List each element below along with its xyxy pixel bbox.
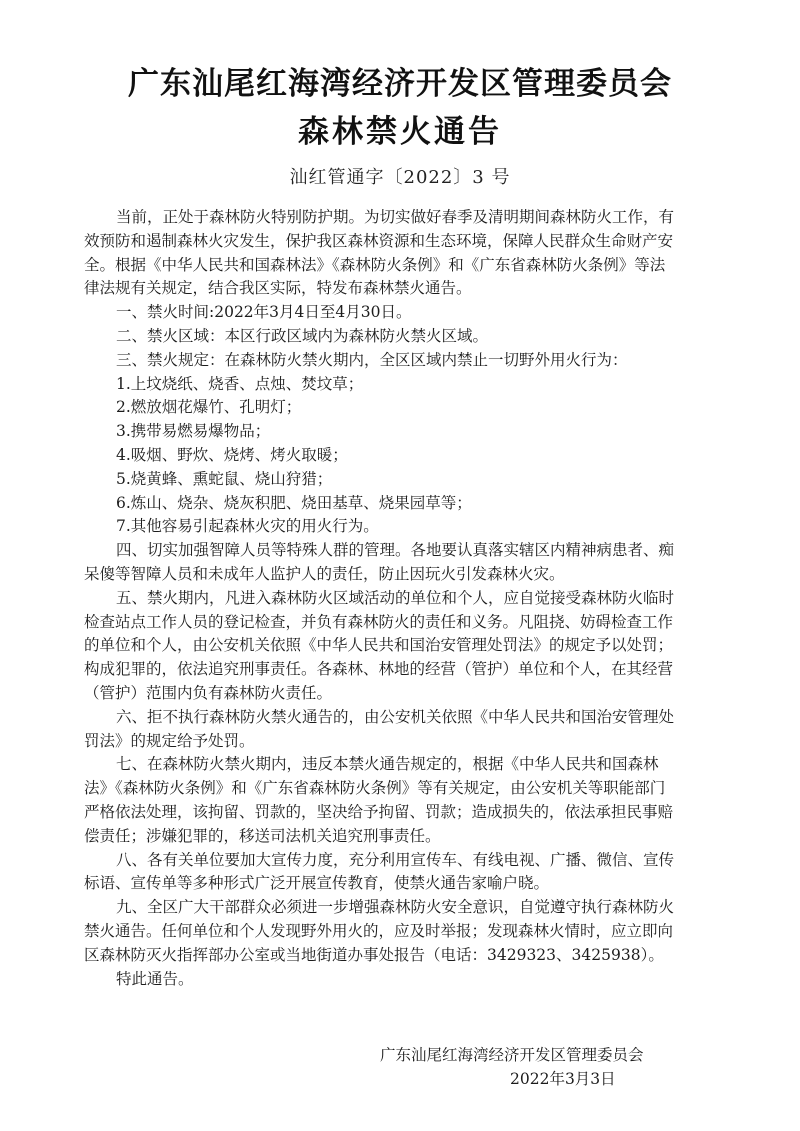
body-line: 7.其他容易引起森林火灾的用火行为。 xyxy=(84,515,724,539)
body-line: 特此通告。 xyxy=(84,968,724,992)
signature-date: 2022年3月3日 xyxy=(510,1067,800,1089)
body-line: 禁火通告。任何单位和个人发现野外用火的，应及时举报；发现森林火情时，应立即向 xyxy=(84,920,724,944)
body-line: 五、禁火期内，凡进入森林防火区域活动的单位和个人，应自觉接受森林防火临时 xyxy=(84,587,724,611)
body-line: 6.炼山、烧杂、烧灰积肥、烧田基草、烧果园草等； xyxy=(84,492,724,516)
body-line: 4.吸烟、野炊、烧烤、烤火取暖； xyxy=(84,444,724,468)
body-line: 全。根据《中华人民共和国森林法》《森林防火条例》和《广东省森林防火条例》等法 xyxy=(84,254,724,278)
body-line: 六、拒不执行森林防火禁火通告的，由公安机关依照《中华人民共和国治安管理处 xyxy=(84,706,724,730)
body-line: 呆傻等智障人员和未成年人监护人的责任，防止因玩火引发森林火灾。 xyxy=(84,563,724,587)
body-line: 九、全区广大干部群众必须进一步增强森林防火安全意识，自觉遵守执行森林防火 xyxy=(84,896,724,920)
body-line: 八、各有关单位要加大宣传力度，充分利用宣传车、有线电视、广播、微信、宣传 xyxy=(84,849,724,873)
body-line: 标语、宣传单等多种形式广泛开展宣传教育，使禁火通告家喻户晓。 xyxy=(84,872,724,896)
body-line: 四、切实加强智障人员等特殊人群的管理。各地要认真落实辖区内精神病患者、痴 xyxy=(84,539,724,563)
body-line: 5.烧黄蜂、熏蛇鼠、烧山狩猎； xyxy=(84,468,724,492)
body-line: 严格依法处理，该拘留、罚款的，坚决给予拘留、罚款；造成损失的，依法承担民事赔 xyxy=(84,801,724,825)
body-line: 七、在森林防火禁火期内，违反本禁火通告规定的，根据《中华人民共和国森林 xyxy=(84,753,724,777)
signature-issuer: 广东汕尾红海湾经济开发区管理委员会 xyxy=(380,1043,710,1065)
body-line: 三、禁火规定：在森林防火禁火期内，全区区域内禁止一切野外用火行为： xyxy=(84,349,724,373)
body-line: （管护）范围内负有森林防火责任。 xyxy=(84,682,724,706)
body-line: 偿责任；涉嫌犯罪的，移送司法机关追究刑事责任。 xyxy=(84,825,724,849)
body-line: 检查站点工作人员的登记检查，并负有森林防火的责任和义务。凡阻挠、妨碍检查工作 xyxy=(84,611,724,635)
body-line: 罚法》的规定给予处罚。 xyxy=(84,730,724,754)
body-line: 3.携带易燃易爆物品； xyxy=(84,420,724,444)
body-line: 区森林防灭火指挥部办公室或当地街道办事处报告（电话：3429323、342593… xyxy=(84,944,724,968)
body-line: 律法规有关规定，结合我区实际，特发布森林禁火通告。 xyxy=(84,277,724,301)
body-line: 当前，正处于森林防火特别防护期。为切实做好春季及清明期间森林防火工作，有 xyxy=(84,206,724,230)
body-line: 一、禁火时间:2022年3月4日至4月30日。 xyxy=(84,301,724,325)
body-line: 2.燃放烟花爆竹、孔明灯； xyxy=(84,396,724,420)
notice-body: 当前，正处于森林防火特别防护期。为切实做好春季及清明期间森林防火工作，有效预防和… xyxy=(84,206,724,991)
body-line: 的单位和个人，由公安机关依照《中华人民共和国治安管理处罚法》的规定予以处罚； xyxy=(84,634,724,658)
body-line: 1.上坟烧纸、烧香、点烛、焚坟草； xyxy=(84,373,724,397)
body-line: 法》《森林防火条例》和《广东省森林防火条例》等有关规定，由公安机关等职能部门 xyxy=(84,777,724,801)
document-number: 汕红管通字〔2022〕3 号 xyxy=(0,163,800,189)
issuer-title: 广东汕尾红海湾经济开发区管理委员会 xyxy=(0,58,800,103)
notice-title: 森林禁火通告 xyxy=(0,106,800,151)
body-line: 效预防和遏制森林火灾发生，保护我区森林资源和生态环境，保障人民群众生命财产安 xyxy=(84,230,724,254)
body-line: 二、禁火区域：本区行政区域内为森林防火禁火区域。 xyxy=(84,325,724,349)
body-line: 构成犯罪的，依法追究刑事责任。各森林、林地的经营（管护）单位和个人，在其经营 xyxy=(84,658,724,682)
